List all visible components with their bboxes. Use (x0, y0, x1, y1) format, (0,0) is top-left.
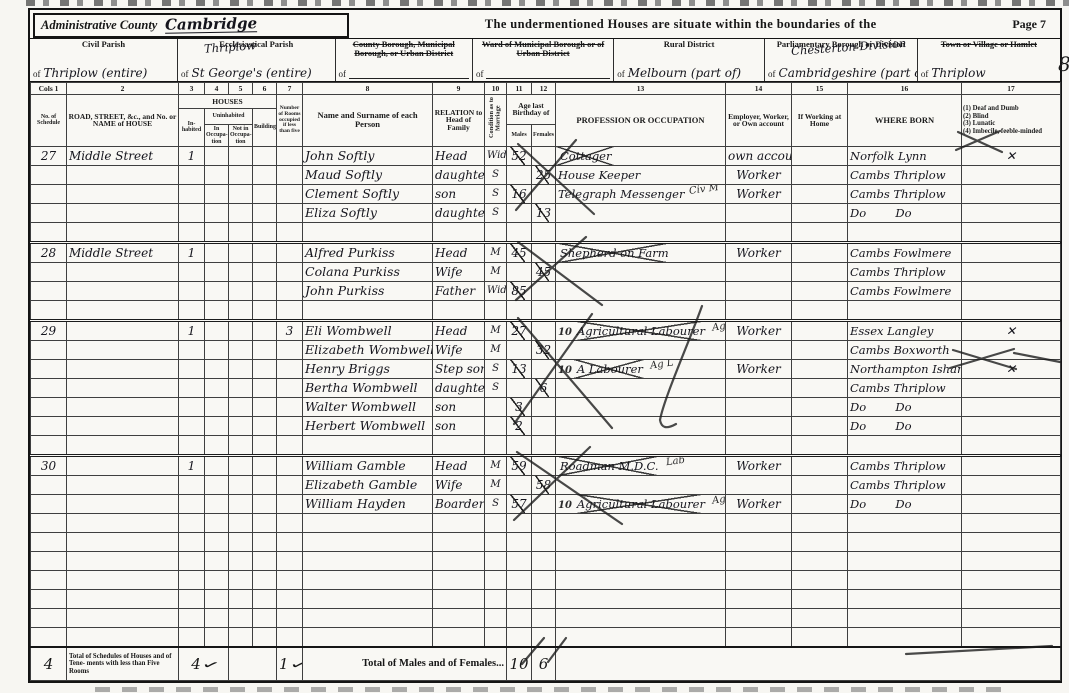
cell-condition: S (485, 359, 507, 378)
cell-relation (433, 589, 485, 608)
cell-inhabited: 1 (179, 242, 205, 262)
cell-employment (726, 262, 792, 281)
cell-uninhabited-not (229, 455, 253, 475)
cell-schedule (31, 475, 67, 494)
cell-age-female (532, 608, 556, 627)
cell-name (303, 222, 433, 242)
cell-age-female: 25 (532, 165, 556, 184)
cell-infirmity: ✕ (962, 146, 1061, 165)
cell-occupation (556, 281, 726, 300)
cell-uninhabited-occupied (205, 589, 229, 608)
cell-name: Walter Wombwell (303, 397, 433, 416)
cell-age-male (507, 608, 532, 627)
cell-relation (433, 532, 485, 551)
infirmity-line: (4) Imbecile, feeble-minded (963, 128, 1059, 136)
cell-road (67, 494, 179, 513)
cell-road (67, 627, 179, 647)
cell-employment (726, 532, 792, 551)
cell-age-female (532, 532, 556, 551)
cell-age-female (532, 589, 556, 608)
cell-rooms (277, 532, 303, 551)
cell-age-male (507, 340, 532, 359)
cell-building (253, 359, 277, 378)
cell-name (303, 551, 433, 570)
table-row (31, 589, 1061, 608)
cell-occupation (556, 570, 726, 589)
cell-road (67, 551, 179, 570)
table-row: Bertha WombwelldaughterS6Cambs Thriplow (31, 378, 1061, 397)
cell-born (848, 300, 962, 320)
cell-schedule (31, 532, 67, 551)
cell-schedule (31, 551, 67, 570)
cell-uninhabited-occupied (205, 165, 229, 184)
cell-road (67, 340, 179, 359)
cell-inhabited: 1 (179, 146, 205, 165)
cell-uninhabited-not (229, 551, 253, 570)
cell-occupation (556, 378, 726, 397)
cell-age-female (532, 184, 556, 203)
cell-at-home (792, 627, 848, 647)
cell-born: Do Do (848, 416, 962, 435)
cell-schedule: 27 (31, 146, 67, 165)
col-number: 16 (848, 83, 962, 95)
cell-born: Do Do (848, 203, 962, 222)
header-not-occupation: Not in Occupa-tion (229, 124, 253, 146)
cell-road (67, 608, 179, 627)
cell-rooms (277, 242, 303, 262)
cell-condition (485, 222, 507, 242)
cell-age-female (532, 570, 556, 589)
cell-relation (433, 627, 485, 647)
administrative-county-box: Administrative County Cambridge (33, 13, 349, 38)
cell-born (848, 570, 962, 589)
cell-uninhabited-occupied (205, 340, 229, 359)
cell-schedule (31, 300, 67, 320)
col-number: 15 (792, 83, 848, 95)
cell-age-male: 57 (507, 494, 532, 513)
header-schedule: No. of Schedule (31, 95, 67, 147)
cell-condition (485, 416, 507, 435)
cell-building (253, 184, 277, 203)
col-number: 4 (205, 83, 229, 95)
cell-building (253, 146, 277, 165)
cell-road (67, 165, 179, 184)
cell-age-male: 27 (507, 320, 532, 340)
col-number: 11 (507, 83, 532, 95)
cell-relation: daughter (433, 165, 485, 184)
table-row (31, 435, 1061, 455)
cell-road (67, 532, 179, 551)
cell-born: Cambs Thriplow (848, 455, 962, 475)
table-row (31, 513, 1061, 532)
cell-inhabited (179, 222, 205, 242)
cell-uninhabited-occupied (205, 242, 229, 262)
cell-uninhabited-not (229, 262, 253, 281)
cell-uninhabited-not (229, 589, 253, 608)
cell-building (253, 494, 277, 513)
cell-inhabited (179, 359, 205, 378)
table-row: Elizabeth GambleWifeM58Cambs Thriplow (31, 475, 1061, 494)
occupation-text: Telegraph Messenger (558, 187, 684, 201)
cell-relation: Father (433, 281, 485, 300)
cell-rooms (277, 494, 303, 513)
cell-schedule (31, 608, 67, 627)
cell-schedule (31, 165, 67, 184)
table-row: Herbert Wombwellson2Do Do (31, 416, 1061, 435)
cell-name: William Hayden (303, 494, 433, 513)
header-row-1: No. of Schedule ROAD, STREET, &c., and N… (31, 95, 1061, 109)
cell-at-home (792, 146, 848, 165)
of-label: of (921, 69, 929, 79)
cell-at-home (792, 203, 848, 222)
cell-employment: own account (726, 146, 792, 165)
cell-building (253, 300, 277, 320)
cell-uninhabited-occupied (205, 320, 229, 340)
cell-rooms (277, 184, 303, 203)
cell-uninhabited-not (229, 627, 253, 647)
cell-condition (485, 589, 507, 608)
cell-born: Northampton Isham (848, 359, 962, 378)
cell-condition (485, 608, 507, 627)
cell-schedule: 28 (31, 242, 67, 262)
infirmity-line: (1) Deaf and Dumb (963, 105, 1059, 113)
cell-uninhabited-occupied (205, 513, 229, 532)
infirmity-line: (3) Lunatic (963, 120, 1059, 128)
cell-age-female (532, 146, 556, 165)
cell-rooms (277, 203, 303, 222)
cell-building (253, 340, 277, 359)
cell-occupation: Shepherd on Farm (556, 242, 726, 262)
cell-building (253, 475, 277, 494)
cell-road (67, 281, 179, 300)
table-row: Clement SoftlysonS16Telegraph MessengerC… (31, 184, 1061, 203)
cell-uninhabited-occupied (205, 608, 229, 627)
of-label: of (617, 69, 625, 79)
cell-building (253, 435, 277, 455)
cell-building (253, 532, 277, 551)
empty-cell (229, 647, 277, 681)
pencil-annotation: Civ M (689, 184, 720, 197)
cell-infirmity (962, 165, 1061, 184)
cell-uninhabited-occupied (205, 203, 229, 222)
cell-born: Cambs Thriplow (848, 378, 962, 397)
occupation-text: Roadman M.D.C. (558, 459, 661, 473)
district-ecclesiastical-parish: Thriplow Ecclesiastical Parish ofSt Geor… (178, 39, 336, 81)
cell-uninhabited-not (229, 222, 253, 242)
cell-uninhabited-occupied (205, 281, 229, 300)
cell-born: Essex Langley (848, 320, 962, 340)
district-civil-parish: Civil Parish ofThriplow (entire) (30, 39, 178, 81)
col-number: 5 (229, 83, 253, 95)
cell-employment (726, 513, 792, 532)
cell-condition (485, 627, 507, 647)
cell-inhabited (179, 281, 205, 300)
margin-annotation: 8 (1058, 52, 1069, 76)
cell-building (253, 222, 277, 242)
occupation-text: Agricultural Labourer (575, 497, 707, 511)
cell-condition: S (485, 378, 507, 397)
cell-infirmity (962, 262, 1061, 281)
district-band: Civil Parish ofThriplow (entire) Thriplo… (30, 38, 1060, 82)
cell-born: Do Do (848, 494, 962, 513)
district-label: Rural District (617, 40, 761, 49)
cell-employment (726, 281, 792, 300)
cell-uninhabited-not (229, 359, 253, 378)
cell-at-home (792, 242, 848, 262)
cell-age-female: 6 (532, 378, 556, 397)
blank-line (349, 68, 469, 79)
cell-infirmity (962, 570, 1061, 589)
cell-relation (433, 300, 485, 320)
cell-name: Eli Wombwell (303, 320, 433, 340)
header-males: Males (507, 124, 532, 146)
cell-born (848, 589, 962, 608)
cell-road: Middle Street (67, 146, 179, 165)
table-row: Colana PurkissWifeM45Cambs Thriplow (31, 262, 1061, 281)
cell-uninhabited-occupied (205, 455, 229, 475)
cell-employment (726, 222, 792, 242)
cell-uninhabited-occupied (205, 146, 229, 165)
cell-born (848, 435, 962, 455)
cell-condition: M (485, 320, 507, 340)
district-county-borough: County Borough, Municipal Borough, or Ur… (336, 39, 473, 81)
cell-occupation (556, 300, 726, 320)
cell-relation: Head (433, 455, 485, 475)
cell-age-female (532, 222, 556, 242)
cell-name: Colana Purkiss (303, 262, 433, 281)
cell-building (253, 378, 277, 397)
total-schedules-value: 4 (31, 647, 67, 681)
cell-relation: Head (433, 242, 485, 262)
cell-uninhabited-occupied (205, 435, 229, 455)
cell-schedule (31, 184, 67, 203)
col-number: 17 (962, 83, 1061, 95)
header-houses: HOUSES (179, 95, 277, 109)
of-label: of (476, 69, 484, 79)
cell-infirmity (962, 242, 1061, 262)
cell-rooms (277, 222, 303, 242)
scan-edge (26, 0, 1069, 6)
cell-age-female (532, 242, 556, 262)
cell-rooms (277, 435, 303, 455)
header-road: ROAD, STREET, &c., and No. or NAME of HO… (67, 95, 179, 147)
cell-employment (726, 570, 792, 589)
pencil-annotation: Ag L (711, 320, 725, 333)
district-value: St George's (entire) (191, 67, 311, 79)
cell-uninhabited-not (229, 608, 253, 627)
cell-age-male (507, 222, 532, 242)
col-number: 6 (253, 83, 277, 95)
cell-employment (726, 435, 792, 455)
col-number: 14 (726, 83, 792, 95)
cell-condition: S (485, 494, 507, 513)
cell-uninhabited-occupied (205, 262, 229, 281)
cell-age-female (532, 300, 556, 320)
cell-inhabited (179, 475, 205, 494)
table-row (31, 551, 1061, 570)
cell-condition: S (485, 203, 507, 222)
cell-rooms (277, 627, 303, 647)
cell-inhabited (179, 300, 205, 320)
cell-age-female: 58 (532, 475, 556, 494)
cell-age-male (507, 378, 532, 397)
col-number: 13 (556, 83, 726, 95)
table-row: 2913Eli WombwellHeadM2710Agricultural La… (31, 320, 1061, 340)
cell-at-home (792, 397, 848, 416)
cell-age-male (507, 165, 532, 184)
cell-rooms: 3 (277, 320, 303, 340)
cell-schedule (31, 416, 67, 435)
cell-schedule (31, 203, 67, 222)
cell-age-female (532, 416, 556, 435)
cell-rooms (277, 608, 303, 627)
cell-born: Norfolk Lynn (848, 146, 962, 165)
cell-age-male: 16 (507, 184, 532, 203)
col-number: Cols 1 (31, 83, 67, 95)
cell-uninhabited-occupied (205, 397, 229, 416)
cell-occupation: 10Agricultural LabourerAg L (556, 320, 726, 340)
cell-condition (485, 397, 507, 416)
cell-rooms (277, 165, 303, 184)
cell-name (303, 532, 433, 551)
cell-age-male: 85 (507, 281, 532, 300)
cell-relation (433, 435, 485, 455)
cell-name: Eliza Softly (303, 203, 433, 222)
header-employment: Employer, Worker, or Own account (726, 95, 792, 147)
cell-rooms (277, 281, 303, 300)
cell-schedule (31, 397, 67, 416)
cell-at-home (792, 494, 848, 513)
header-relation: RELATION to Head of Family (433, 95, 485, 147)
cell-road (67, 378, 179, 397)
cell-inhabited (179, 203, 205, 222)
cell-occupation: 10Agricultural LabourerAg L (556, 494, 726, 513)
cell-born: Cambs Thriplow (848, 475, 962, 494)
total-males-females-label: Total of Males and of Females... (303, 647, 507, 681)
table-row (31, 300, 1061, 320)
cell-road (67, 359, 179, 378)
cell-uninhabited-not (229, 281, 253, 300)
cell-building (253, 455, 277, 475)
cell-uninhabited-not (229, 494, 253, 513)
table-row (31, 222, 1061, 242)
cell-inhabited: 1 (179, 455, 205, 475)
cell-uninhabited-not (229, 435, 253, 455)
col-number: 9 (433, 83, 485, 95)
checkmark: ✓ (200, 656, 221, 673)
administrative-county-label: Administrative County (41, 18, 157, 33)
cell-at-home (792, 320, 848, 340)
cell-age-male (507, 513, 532, 532)
cell-infirmity (962, 340, 1061, 359)
cell-building (253, 608, 277, 627)
cell-occupation (556, 416, 726, 435)
cell-name: Bertha Wombwell (303, 378, 433, 397)
district-label: Ward of Municipal Borough or of Urban Di… (476, 40, 610, 59)
cell-age-male (507, 551, 532, 570)
cell-road (67, 513, 179, 532)
records-body: 27Middle Street1John SoftlyHeadWid52Cott… (31, 146, 1061, 647)
cell-born: Cambs Fowlmere (848, 242, 962, 262)
header-condition: Condition as to Marriage (485, 95, 507, 147)
cell-uninhabited-not (229, 340, 253, 359)
cell-employment: Worker (726, 242, 792, 262)
cell-schedule (31, 435, 67, 455)
cell-uninhabited-not (229, 203, 253, 222)
col-number: 12 (532, 83, 556, 95)
district-value: Melbourn (part of) (628, 67, 741, 79)
cell-employment (726, 300, 792, 320)
cell-inhabited (179, 589, 205, 608)
cell-born (848, 532, 962, 551)
cell-born (848, 222, 962, 242)
col-number: 7 (277, 83, 303, 95)
cell-uninhabited-occupied (205, 570, 229, 589)
cell-road (67, 589, 179, 608)
cell-occupation: Cottager (556, 146, 726, 165)
cell-condition: S (485, 165, 507, 184)
cell-building (253, 513, 277, 532)
cell-age-female: 13 (532, 203, 556, 222)
cell-age-female (532, 551, 556, 570)
cell-occupation (556, 435, 726, 455)
cell-rooms (277, 513, 303, 532)
cell-infirmity (962, 300, 1061, 320)
table-row: 28Middle Street1Alfred PurkissHeadM45She… (31, 242, 1061, 262)
cell-age-female (532, 359, 556, 378)
cell-at-home (792, 455, 848, 475)
cell-age-female (532, 513, 556, 532)
total-rooms-value: 1 (279, 655, 289, 673)
cell-condition (485, 551, 507, 570)
header-occupation: PROFESSION OR OCCUPATION (556, 95, 726, 147)
cell-at-home (792, 532, 848, 551)
table-row (31, 608, 1061, 627)
header-rooms: Number of Rooms occupied if less than fi… (277, 95, 303, 147)
cell-infirmity (962, 532, 1061, 551)
cell-name: Herbert Wombwell (303, 416, 433, 435)
cell-schedule: 29 (31, 320, 67, 340)
cell-uninhabited-not (229, 532, 253, 551)
cell-born (848, 627, 962, 647)
page-number: Page 7 (1012, 17, 1060, 32)
table-row: Walter Wombwellson3Do Do (31, 397, 1061, 416)
column-numbers-row: Cols 1 2 3 4 5 6 7 8 9 10 11 12 13 14 15… (31, 83, 1061, 95)
cell-condition (485, 435, 507, 455)
cell-name (303, 435, 433, 455)
cell-rooms (277, 416, 303, 435)
cell-road (67, 455, 179, 475)
cell-occupation (556, 340, 726, 359)
cell-rooms (277, 397, 303, 416)
cell-employment (726, 589, 792, 608)
census-table: Cols 1 2 3 4 5 6 7 8 9 10 11 12 13 14 15… (30, 82, 1061, 681)
district-label: Civil Parish (33, 40, 174, 49)
cell-at-home (792, 608, 848, 627)
cell-infirmity (962, 475, 1061, 494)
cell-born: Cambs Thriplow (848, 165, 962, 184)
table-row: Eliza SoftlydaughterS13Do Do (31, 203, 1061, 222)
cell-age-male (507, 570, 532, 589)
cell-uninhabited-occupied (205, 222, 229, 242)
col-number: 2 (67, 83, 179, 95)
cell-condition (485, 513, 507, 532)
cell-road (67, 397, 179, 416)
cell-occupation: House Keeper (556, 165, 726, 184)
cell-age-female (532, 281, 556, 300)
cell-name: Clement Softly (303, 184, 433, 203)
cell-age-male: 45 (507, 242, 532, 262)
